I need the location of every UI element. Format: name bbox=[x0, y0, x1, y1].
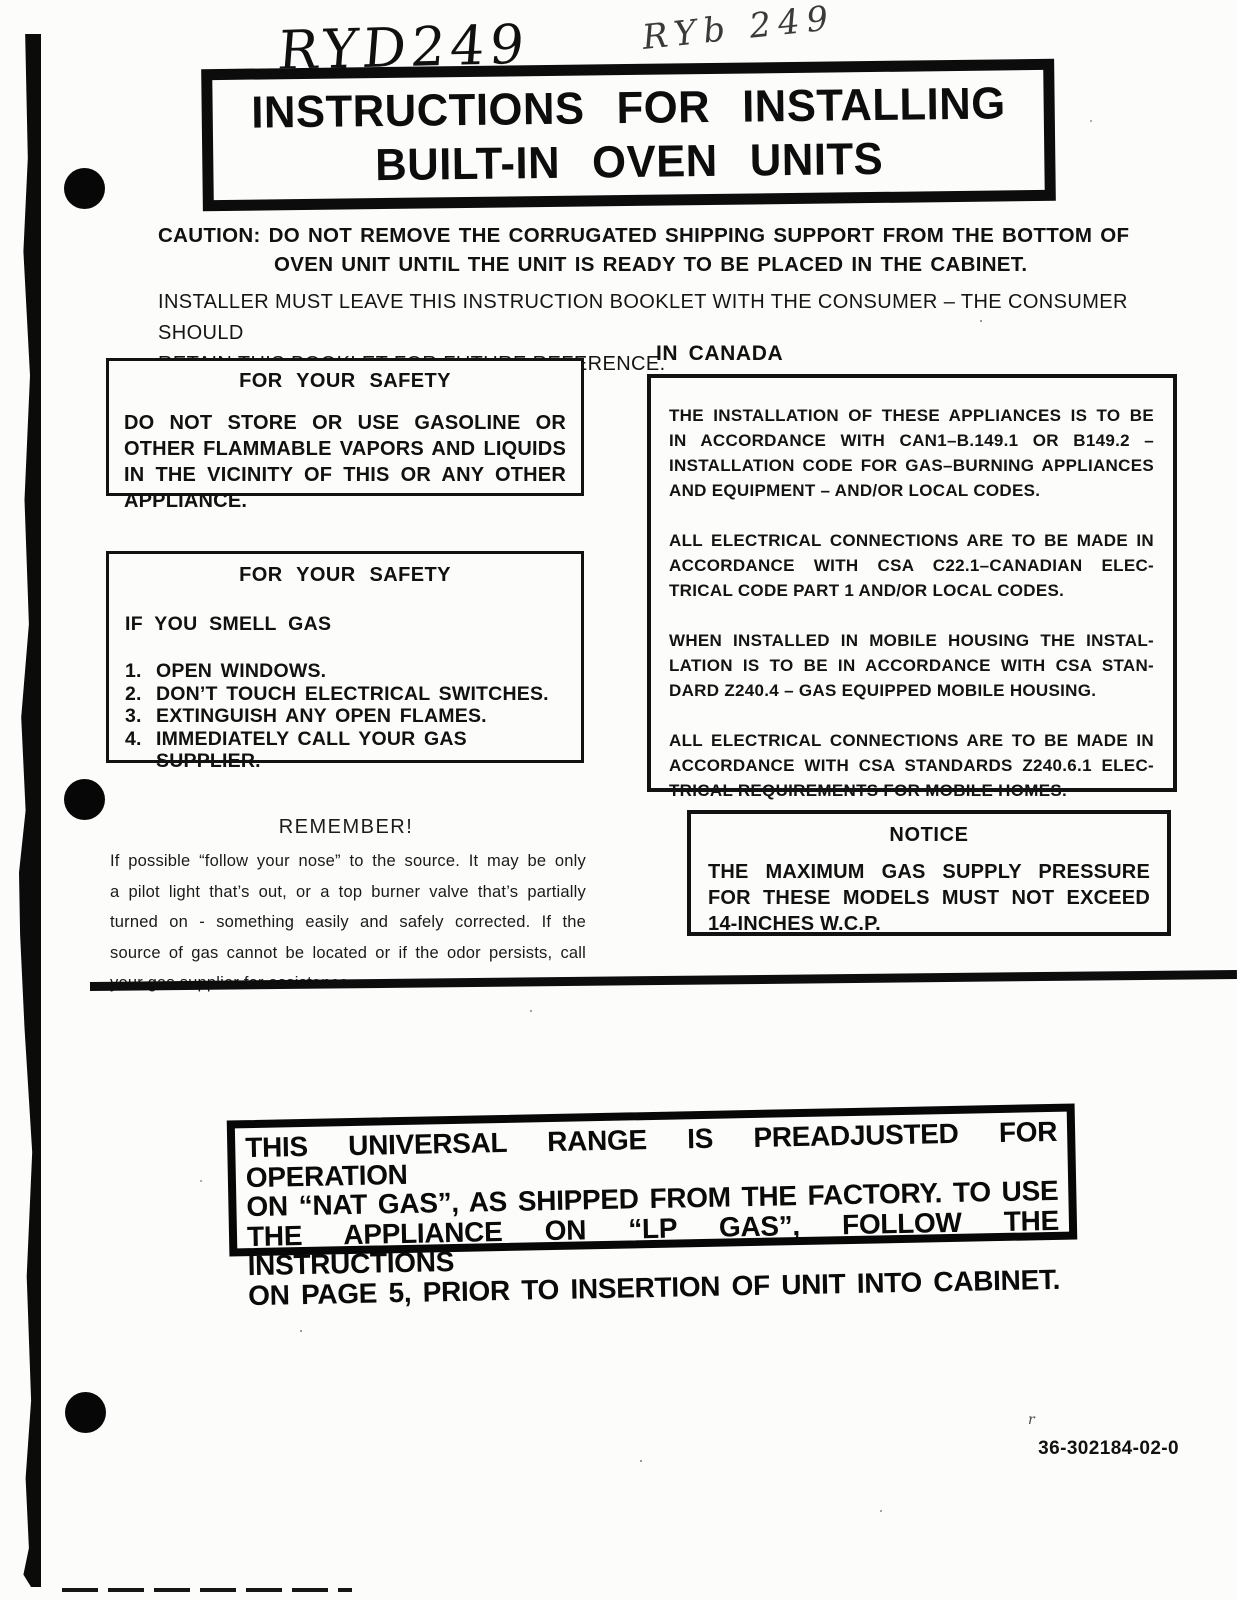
canada-line: ACCORDANCE WITH CSA C22.1–CANADIAN ELEC- bbox=[669, 553, 1154, 578]
safety-box-title: FOR YOUR SAFETY bbox=[109, 370, 581, 393]
list-item-text: DON’T TOUCH ELECTRICAL SWITCHES. bbox=[156, 683, 549, 706]
scan-noise bbox=[0, 0, 2, 2]
scan-binding-edge bbox=[19, 34, 41, 1587]
safety-steps-list: 1. OPEN WINDOWS. 2. DON’T TOUCH ELECTRIC… bbox=[125, 660, 581, 773]
punch-hole-dot bbox=[64, 779, 105, 820]
canada-line: ACCORDANCE WITH CSA STANDARDS Z240.6.1 E… bbox=[669, 753, 1154, 778]
canada-line: TRICAL REQUIREMENTS FOR MOBILE HOMES. bbox=[669, 778, 1154, 803]
canada-paragraph: THE INSTALLATION OF THESE APPLIANCES IS … bbox=[669, 403, 1154, 503]
safety-text-line: DO NOT STORE OR USE GASOLINE OR bbox=[124, 410, 566, 436]
canada-line: THE INSTALLATION OF THESE APPLIANCES IS … bbox=[669, 403, 1154, 428]
list-item-number: 1. bbox=[125, 660, 156, 683]
safety-box-subtitle: IF YOU SMELL GAS bbox=[125, 613, 581, 636]
safety-warning-box-gasoline: FOR YOUR SAFETY DO NOT STORE OR USE GASO… bbox=[106, 358, 584, 496]
canada-line: AND EQUIPMENT – AND/OR LOCAL CODES. bbox=[669, 478, 1154, 503]
scan-artifact-mark: r bbox=[1028, 1412, 1035, 1428]
list-item-text: OPEN WINDOWS. bbox=[156, 660, 326, 683]
punch-hole-dot bbox=[65, 1392, 106, 1433]
caution-line-1: CAUTION: DO NOT REMOVE THE CORRUGATED SH… bbox=[158, 221, 1158, 250]
list-item-text-line: IMMEDIATELY CALL YOUR GAS bbox=[156, 728, 467, 751]
safety-warning-box-smell-gas: FOR YOUR SAFETY IF YOU SMELL GAS 1. OPEN… bbox=[106, 551, 584, 763]
list-item-number: 2. bbox=[125, 683, 156, 706]
canada-paragraph: ALL ELECTRICAL CONNECTIONS ARE TO BE MAD… bbox=[669, 528, 1154, 603]
remember-paragraph: If possible “follow your nose” to the so… bbox=[110, 846, 586, 999]
page-title-line-2: BUILT-IN OVEN UNITS bbox=[375, 132, 884, 192]
list-item: 1. OPEN WINDOWS. bbox=[125, 660, 581, 683]
safety-text-line: IN THE VICINITY OF THIS OR ANY OTHER bbox=[124, 462, 566, 488]
notice-line: 14-INCHES W.C.P. bbox=[708, 911, 1150, 937]
page-title-line-1: INSTRUCTIONS FOR INSTALLING bbox=[251, 76, 1006, 139]
list-item: 4. IMMEDIATELY CALL YOUR GAS SUPPLIER. bbox=[125, 728, 581, 773]
remember-line: turned on - something easily and safely … bbox=[110, 907, 586, 938]
title-box: INSTRUCTIONS FOR INSTALLING BUILT-IN OVE… bbox=[201, 59, 1056, 211]
scan-bottom-edge-line bbox=[62, 1588, 352, 1592]
list-item: 3. EXTINGUISH ANY OPEN FLAMES. bbox=[125, 705, 581, 728]
safety-text-line: OTHER FLAMMABLE VAPORS AND LIQUIDS bbox=[124, 436, 566, 462]
scanned-instruction-page: RYD249 RYb 249 INSTRUCTIONS FOR INSTALLI… bbox=[0, 0, 1237, 1600]
safety-text-line: APPLIANCE. bbox=[124, 488, 566, 514]
universal-range-notice-box: THIS UNIVERSAL RANGE IS PREADJUSTED FOR … bbox=[227, 1104, 1078, 1257]
canada-line: WHEN INSTALLED IN MOBILE HOUSING THE INS… bbox=[669, 628, 1154, 653]
handwritten-model-code-secondary: RYb 249 bbox=[640, 0, 837, 58]
canada-line: ALL ELECTRICAL CONNECTIONS ARE TO BE MAD… bbox=[669, 528, 1154, 553]
notice-line: FOR THESE MODELS MUST NOT EXCEED bbox=[708, 885, 1150, 911]
canada-paragraph: ALL ELECTRICAL CONNECTIONS ARE TO BE MAD… bbox=[669, 728, 1154, 803]
punch-hole-dot bbox=[64, 168, 105, 209]
caution-statement: CAUTION: DO NOT REMOVE THE CORRUGATED SH… bbox=[158, 221, 1158, 279]
document-part-number: 36-302184-02-0 bbox=[1038, 1438, 1179, 1460]
in-canada-heading: IN CANADA bbox=[656, 342, 783, 366]
list-item: 2. DON’T TOUCH ELECTRICAL SWITCHES. bbox=[125, 683, 581, 706]
canada-line: TRICAL CODE PART 1 AND/OR LOCAL CODES. bbox=[669, 578, 1154, 603]
notice-box: NOTICE THE MAXIMUM GAS SUPPLY PRESSURE F… bbox=[687, 810, 1171, 936]
canada-requirements-box: THE INSTALLATION OF THESE APPLIANCES IS … bbox=[647, 374, 1177, 792]
list-item-text-line: SUPPLIER. bbox=[156, 750, 467, 773]
canada-line: IN ACCORDANCE WITH CAN1–B.149.1 OR B149.… bbox=[669, 428, 1154, 453]
remember-line: source of gas cannot be located or if th… bbox=[110, 938, 586, 969]
list-item-text: IMMEDIATELY CALL YOUR GAS SUPPLIER. bbox=[156, 728, 467, 773]
notice-line: THE MAXIMUM GAS SUPPLY PRESSURE bbox=[708, 859, 1150, 885]
safety-box-title: FOR YOUR SAFETY bbox=[109, 564, 581, 587]
remember-line: If possible “follow your nose” to the so… bbox=[110, 846, 586, 877]
list-item-number: 4. bbox=[125, 728, 156, 773]
list-item-text: EXTINGUISH ANY OPEN FLAMES. bbox=[156, 705, 487, 728]
canada-line: DARD Z240.4 – GAS EQUIPPED MOBILE HOUSIN… bbox=[669, 678, 1154, 703]
caution-line-2: OVEN UNIT UNTIL THE UNIT IS READY TO BE … bbox=[158, 250, 1158, 279]
remember-line: a pilot light that’s out, or a top burne… bbox=[110, 877, 586, 908]
canada-paragraph: WHEN INSTALLED IN MOBILE HOUSING THE INS… bbox=[669, 628, 1154, 703]
canada-line: LATION IS TO BE IN ACCORDANCE WITH CSA S… bbox=[669, 653, 1154, 678]
installer-note-line-1: INSTALLER MUST LEAVE THIS INSTRUCTION BO… bbox=[158, 287, 1168, 349]
remember-heading: REMEMBER! bbox=[110, 816, 582, 839]
canada-line: ALL ELECTRICAL CONNECTIONS ARE TO BE MAD… bbox=[669, 728, 1154, 753]
list-item-number: 3. bbox=[125, 705, 156, 728]
notice-title: NOTICE bbox=[691, 824, 1167, 847]
canada-line: INSTALLATION CODE FOR GAS–BURNING APPLIA… bbox=[669, 453, 1154, 478]
